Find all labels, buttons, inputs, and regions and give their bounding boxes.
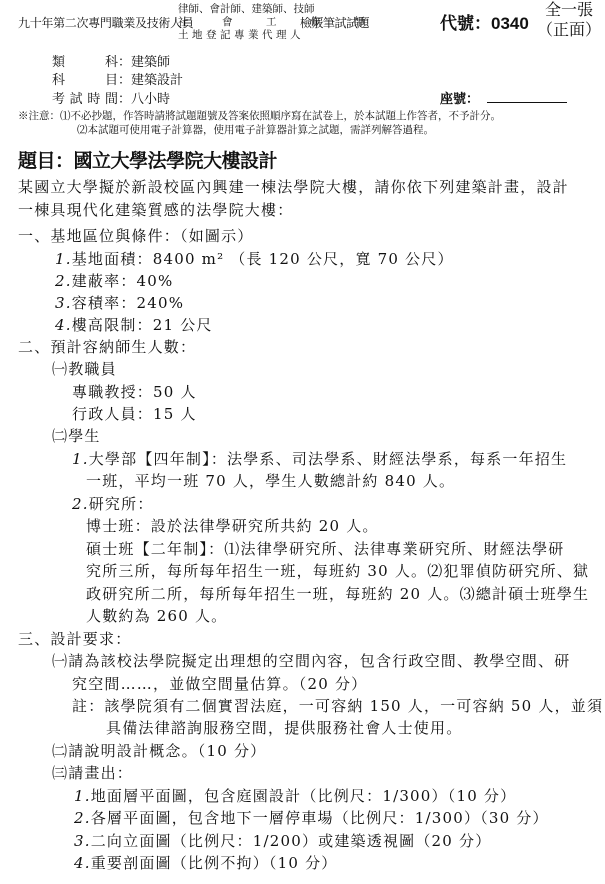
floor-area-ratio-item: 3.容積率：240%: [55, 292, 184, 313]
meta-duration: 考試時間：八小時: [52, 88, 170, 107]
note-line-1: 註：該學院須有二個實習法庭，一可容納 150 人，一可容納 50 人，並須: [72, 695, 603, 716]
seat-blank-line[interactable]: [487, 92, 567, 103]
item-number: 3.: [55, 294, 72, 312]
sheet-indicator: 全一張 （正面）: [537, 0, 601, 40]
item-text: 建蔽率：40%: [72, 272, 174, 290]
intro-line-2: 一棟具現代化建築質感的法學院大樓：: [18, 199, 293, 220]
sheet-count: 全一張: [537, 0, 601, 20]
section-1-heading: 一、基地區位與條件：（如圖示）: [18, 225, 254, 246]
duration-value: ：八小時: [118, 92, 170, 107]
undergrad-line-1: 1.大學部【四年制】：法學系、司法學系、財經法學系，每系一年招生: [72, 448, 567, 469]
item-text: 基地面積：8400 m² （長 120 公尺，寬 70 公尺）: [72, 250, 454, 268]
drawing-item-2: 2.各層平面圖，包含地下一層停車場（比例尺：1/300）（30 分）: [74, 807, 549, 828]
meta-category: 類科：建築師: [52, 51, 170, 70]
meta-subject: 科目：建築設計: [52, 69, 183, 88]
subject-label: 科目: [52, 69, 118, 88]
drawing-item-1: 1.地面層平面圖，包含庭園設計（比例尺：1/300）（10 分）: [74, 785, 516, 806]
notice-line-2: ⑵本試題可使用電子計算器，使用電子計算器計算之試題，需詳列解答過程。: [77, 122, 434, 137]
phd-line: 博士班：設於法律學研究所共約 20 人。: [86, 515, 379, 536]
item-number: 2.: [55, 272, 72, 290]
requirement-1-line-2: 究空間……，並做空間量估算。（20 分）: [72, 673, 367, 694]
masters-line-3: 政研究所二所，每所每年招生一班，每班約 20 人。⑶總計碩士班學生: [86, 583, 589, 604]
site-area-item: 1.基地面積：8400 m² （長 120 公尺，寬 70 公尺）: [55, 248, 454, 269]
requirement-2: ㈡請說明設計概念。（10 分）: [52, 740, 266, 761]
subject-value: ：建築設計: [118, 73, 183, 88]
section-2-heading: 二、預計容納師生人數：: [18, 336, 196, 357]
admin-staff-count: 行政人員：15 人: [72, 403, 197, 424]
staff-heading: ㈠教職員: [52, 358, 117, 379]
item-number: 2.: [74, 809, 91, 827]
category-label: 類科: [52, 51, 118, 70]
exam-code: 代號：0340: [440, 9, 529, 34]
item-text: 各層平面圖，包含地下一層停車場（比例尺：1/300）（30 分）: [91, 809, 549, 827]
notice-line-1: ※注意：⑴不必抄題，作答時請將試題題號及答案依照順序寫在試卷上，於本試題上作答者…: [18, 108, 501, 123]
undergrad-line-2: 一班，平均一班 70 人，學生人數總計約 840 人。: [86, 470, 455, 491]
item-text: 二向立面圖（比例尺：1/200）或建築透視圖（20 分）: [91, 832, 492, 850]
professors-count: 專職教授：50 人: [72, 381, 197, 402]
item-text: 大學部【四年制】：法學系、司法學系、財經法學系，每系一年招生: [89, 450, 568, 468]
note-line-2: 具備法律諮詢服務空間，提供服務社會人士使用。: [106, 717, 462, 738]
masters-line-4: 人數約為 260 人。: [86, 605, 227, 626]
requirement-3-heading: ㈢請畫出：: [52, 762, 133, 783]
item-number: 4.: [55, 316, 72, 334]
question-title: 題目：國立大學法學院大樓設計: [18, 146, 277, 173]
students-heading: ㈡學生: [52, 425, 101, 446]
masters-line-2: 究所三所，每所每年招生一班，每班約 30 人。⑵犯罪偵防研究所、獄: [86, 560, 589, 581]
item-number: 2.: [72, 495, 89, 513]
item-number: 4.: [74, 854, 91, 872]
sheet-side: （正面）: [537, 20, 601, 40]
drawing-item-3: 3.二向立面圖（比例尺：1/200）或建築透視圖（20 分）: [74, 830, 491, 851]
exam-type: 檢覈筆試試題: [300, 14, 369, 31]
item-number: 1.: [74, 787, 91, 805]
item-text: 樓高限制：21 公尺: [72, 316, 213, 334]
section-3-heading: 三、設計要求：: [18, 628, 131, 649]
intro-line-1: 某國立大學擬於新設校區內興建一棟法學院大樓，請你依下列建築計畫，設計: [18, 176, 569, 197]
seat-label: 座號：: [440, 92, 479, 107]
item-number: 1.: [55, 250, 72, 268]
requirement-1-line-1: ㈠請為該校法學院擬定出理想的空間內容，包含行政空間、教學空間、研: [52, 650, 570, 671]
item-number: 3.: [74, 832, 91, 850]
coverage-ratio-item: 2.建蔽率：40%: [55, 270, 173, 291]
item-text: 重要剖面圖（比例不拘）（10 分）: [91, 854, 338, 872]
item-number: 1.: [72, 450, 89, 468]
grad-heading: 2.研究所：: [72, 493, 154, 514]
exam-round: 九十年第二次專門職業及技術人員: [18, 14, 194, 31]
height-limit-item: 4.樓高限制：21 公尺: [55, 314, 213, 335]
item-text: 研究所：: [89, 495, 154, 513]
category-value: ：建築師: [118, 55, 170, 70]
duration-label: 考試時間: [52, 88, 118, 107]
item-text: 容積率：240%: [72, 294, 184, 312]
drawing-item-4: 4.重要剖面圖（比例不拘）（10 分）: [74, 852, 337, 873]
item-text: 地面層平面圖，包含庭園設計（比例尺：1/300）（10 分）: [91, 787, 517, 805]
seat-number-field[interactable]: 座號：: [440, 88, 567, 107]
masters-line-1: 碩士班【二年制】：⑴法律學研究所、法律專業研究所、財經法學研: [86, 538, 565, 559]
